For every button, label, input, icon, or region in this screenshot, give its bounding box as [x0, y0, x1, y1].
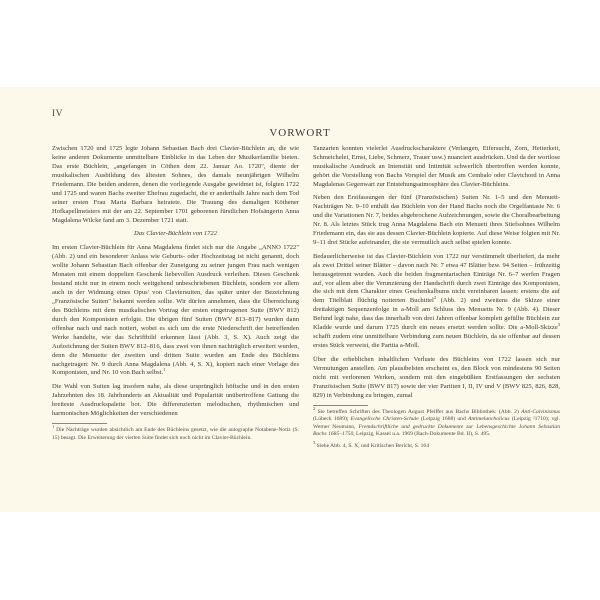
right-column: Tanzarten konnten vielerlei Ausdruckscha…	[313, 145, 560, 455]
footnote-ref: 1	[163, 367, 165, 372]
footnote-text: (Leipzig 1688) und	[419, 416, 468, 422]
paragraph-suiten: Die Wahl von Suiten lag insofern nahe, a…	[52, 383, 299, 419]
footnote-divider	[52, 423, 107, 424]
footnote-1: 1 Die Nachträge wurden absichtlich am En…	[52, 427, 299, 442]
footnote-text: Die Nachträge wurden absichtlich am Ende…	[52, 427, 299, 440]
footnote-ref: 3	[558, 322, 560, 327]
footnote-book-title: Evangelische Christen-Schule	[351, 416, 419, 422]
left-column: Zwischen 1720 und 1725 legte Johann Seba…	[52, 145, 299, 447]
paragraph-erstfassungen: Neben den Erstfassungen der fünf (Franzö…	[313, 194, 560, 248]
book-page: IV VORWORT Zwischen 1720 und 1725 legte …	[0, 87, 600, 512]
footnote-book-title: Anti-Calvinismus	[521, 409, 560, 415]
footnote-2: 2 Sie betreffen Schriften des Theologen …	[313, 409, 560, 438]
page-number: IV	[52, 109, 63, 119]
paragraph-text: schafft zudem eine unmittelbare Verbindu…	[313, 333, 560, 349]
footnote-3: 3 Siehe Abb. 4, S. X, und Kritischen Ber…	[313, 443, 560, 450]
paragraph-tanzarten: Tanzarten konnten vielerlei Ausdruckscha…	[313, 145, 560, 190]
footnote-divider	[313, 405, 368, 406]
footnote-text: Siehe Abb. 4, S. X, und Kritischen Beric…	[317, 443, 429, 449]
footnote-text: , Leipzig, Kassel u.a. 1969 (Bach-Dokume…	[353, 431, 490, 437]
footnote-text: (Lübeck 1689);	[313, 416, 351, 422]
paragraph-intro: Zwischen 1720 und 1725 legte Johann Seba…	[52, 145, 299, 226]
page-title: VORWORT	[0, 127, 600, 139]
footnote-mark: 1	[52, 425, 54, 430]
footnote-mark: 2	[313, 406, 315, 411]
paragraph-verluste: Über die erheblichen inhaltlichen Verlus…	[313, 356, 560, 401]
footnote-book-title: Antimelancholicus	[468, 416, 510, 422]
paragraph-verstuemmelt: Bedauerlicherweise ist das Clavier-Büchl…	[313, 253, 560, 351]
footnote-mark: 3	[313, 440, 315, 445]
paragraph-text: Im ersten Clavier-Büchlein für Anna Magd…	[52, 244, 299, 376]
footnote-text: Sie betreffen Schriften des Theologen Au…	[318, 409, 522, 415]
section-subheading: Das Clavier-Büchlein von 1722	[52, 230, 299, 239]
paragraph-clavier-buechlein: Im ersten Clavier-Büchlein für Anna Magd…	[52, 244, 299, 378]
